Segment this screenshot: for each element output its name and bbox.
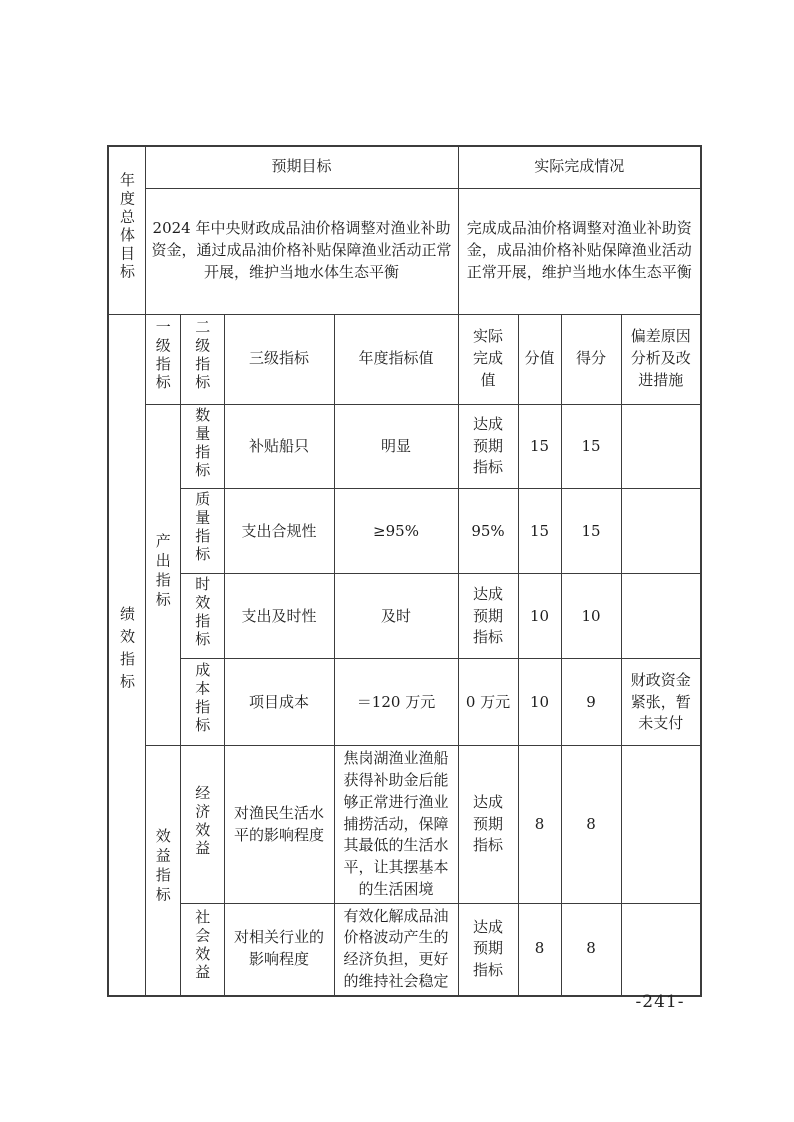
goal-text-row: 2024 年中央财政成品油价格调整对渔业补助资金，通过成品油价格补贴保障渔业活动… bbox=[108, 188, 701, 314]
indicator-header-row: 绩效指标 一级指标 二级指标 三级指标 年度指标值 实际 完成 值 分值 得分 … bbox=[108, 314, 701, 404]
actual-value-cell: 达成 预期 指标 bbox=[458, 404, 518, 489]
points-cell: 8 bbox=[518, 746, 561, 903]
level3-cell: 对相关行业的影响程度 bbox=[224, 903, 334, 996]
deviation-cell bbox=[621, 903, 701, 996]
points-cell: 15 bbox=[518, 404, 561, 489]
level2-cell: 质量指标 bbox=[180, 489, 224, 574]
expected-goal-header: 预期目标 bbox=[145, 146, 458, 188]
annual-value-cell: 及时 bbox=[334, 574, 458, 659]
actual-value-cell: 达成 预期 指标 bbox=[458, 746, 518, 903]
goal-row-label: 年度总体目标 bbox=[119, 172, 136, 282]
header-level1: 一级指标 bbox=[145, 314, 180, 404]
annual-value-cell: 有效化解成品油价格波动产生的经济负担，更好的维持社会稳定 bbox=[334, 903, 458, 996]
score-cell: 8 bbox=[561, 903, 621, 996]
level3-cell: 支出合规性 bbox=[224, 489, 334, 574]
level3-cell: 项目成本 bbox=[224, 659, 334, 746]
performance-indicator-table: 年度总体目标 预期目标 实际完成情况 2024 年中央财政成品油价格调整对渔业补… bbox=[107, 145, 702, 997]
deviation-cell bbox=[621, 404, 701, 489]
score-cell: 8 bbox=[561, 746, 621, 903]
header-level2: 二级指标 bbox=[180, 314, 224, 404]
actual-value-cell: 0 万元 bbox=[458, 659, 518, 746]
table-row-economic-benefit: 效益指标 经济效益 对渔民生活水平的影响程度 焦岗湖渔业渔船获得补助金后能够正常… bbox=[108, 746, 701, 903]
points-cell: 10 bbox=[518, 574, 561, 659]
deviation-cell: 财政资金紧张，暂未支付 bbox=[621, 659, 701, 746]
header-annual-value: 年度指标值 bbox=[334, 314, 458, 404]
level2-cell: 时效指标 bbox=[180, 574, 224, 659]
document-page: { "page_number": "-241-", "goal_section"… bbox=[0, 0, 794, 1122]
level3-cell: 补贴船只 bbox=[224, 404, 334, 489]
annual-value-cell: ＝120 万元 bbox=[334, 659, 458, 746]
indicator-section-label-cell: 绩效指标 bbox=[108, 314, 145, 996]
level2-cell: 社会效益 bbox=[180, 903, 224, 996]
header-deviation: 偏差原因分析及改进措施 bbox=[621, 314, 701, 404]
goal-header-row: 年度总体目标 预期目标 实际完成情况 bbox=[108, 146, 701, 188]
expected-goal-text: 2024 年中央财政成品油价格调整对渔业补助资金，通过成品油价格补贴保障渔业活动… bbox=[145, 188, 458, 314]
actual-value-cell: 达成 预期 指标 bbox=[458, 574, 518, 659]
score-cell: 15 bbox=[561, 489, 621, 574]
level3-cell: 对渔民生活水平的影响程度 bbox=[224, 746, 334, 903]
level2-cell: 数量指标 bbox=[180, 404, 224, 489]
page-number: -241- bbox=[618, 992, 702, 1012]
actual-value-cell: 95% bbox=[458, 489, 518, 574]
header-points: 分值 bbox=[518, 314, 561, 404]
table-row-timeliness: 时效指标 支出及时性 及时 达成 预期 指标 10 10 bbox=[108, 574, 701, 659]
annual-value-cell: 焦岗湖渔业渔船获得补助金后能够正常进行渔业捕捞活动，保障其最低的生活水平，让其摆… bbox=[334, 746, 458, 903]
group-output-label: 产出指标 bbox=[154, 533, 171, 611]
table-row-social-benefit: 社会效益 对相关行业的影响程度 有效化解成品油价格波动产生的经济负担，更好的维持… bbox=[108, 903, 701, 996]
goal-row-label-cell: 年度总体目标 bbox=[108, 146, 145, 314]
table-row-quantity: 产出指标 数量指标 补贴船只 明显 达成 预期 指标 15 15 bbox=[108, 404, 701, 489]
deviation-cell bbox=[621, 574, 701, 659]
actual-value-cell: 达成 预期 指标 bbox=[458, 903, 518, 996]
table-row-cost: 成本指标 项目成本 ＝120 万元 0 万元 10 9 财政资金紧张，暂未支付 bbox=[108, 659, 701, 746]
score-cell: 10 bbox=[561, 574, 621, 659]
actual-completion-header: 实际完成情况 bbox=[458, 146, 701, 188]
score-cell: 15 bbox=[561, 404, 621, 489]
group-output-label-cell: 产出指标 bbox=[145, 404, 180, 746]
header-level3: 三级指标 bbox=[224, 314, 334, 404]
points-cell: 8 bbox=[518, 903, 561, 996]
level3-cell: 支出及时性 bbox=[224, 574, 334, 659]
level2-cell: 经济效益 bbox=[180, 746, 224, 903]
points-cell: 15 bbox=[518, 489, 561, 574]
header-actual-value: 实际 完成 值 bbox=[458, 314, 518, 404]
table-row-quality: 质量指标 支出合规性 ≥95% 95% 15 15 bbox=[108, 489, 701, 574]
deviation-cell bbox=[621, 746, 701, 903]
level2-cell: 成本指标 bbox=[180, 659, 224, 746]
deviation-cell bbox=[621, 489, 701, 574]
actual-completion-text: 完成成品油价格调整对渔业补助资金，成品油价格补贴保障渔业活动正常开展，维护当地水… bbox=[458, 188, 701, 314]
group-benefit-label-cell: 效益指标 bbox=[145, 746, 180, 996]
indicator-section-label: 绩效指标 bbox=[119, 606, 136, 696]
points-cell: 10 bbox=[518, 659, 561, 746]
annual-value-cell: ≥95% bbox=[334, 489, 458, 574]
header-score: 得分 bbox=[561, 314, 621, 404]
group-benefit-label: 效益指标 bbox=[154, 828, 171, 906]
score-cell: 9 bbox=[561, 659, 621, 746]
annual-value-cell: 明显 bbox=[334, 404, 458, 489]
